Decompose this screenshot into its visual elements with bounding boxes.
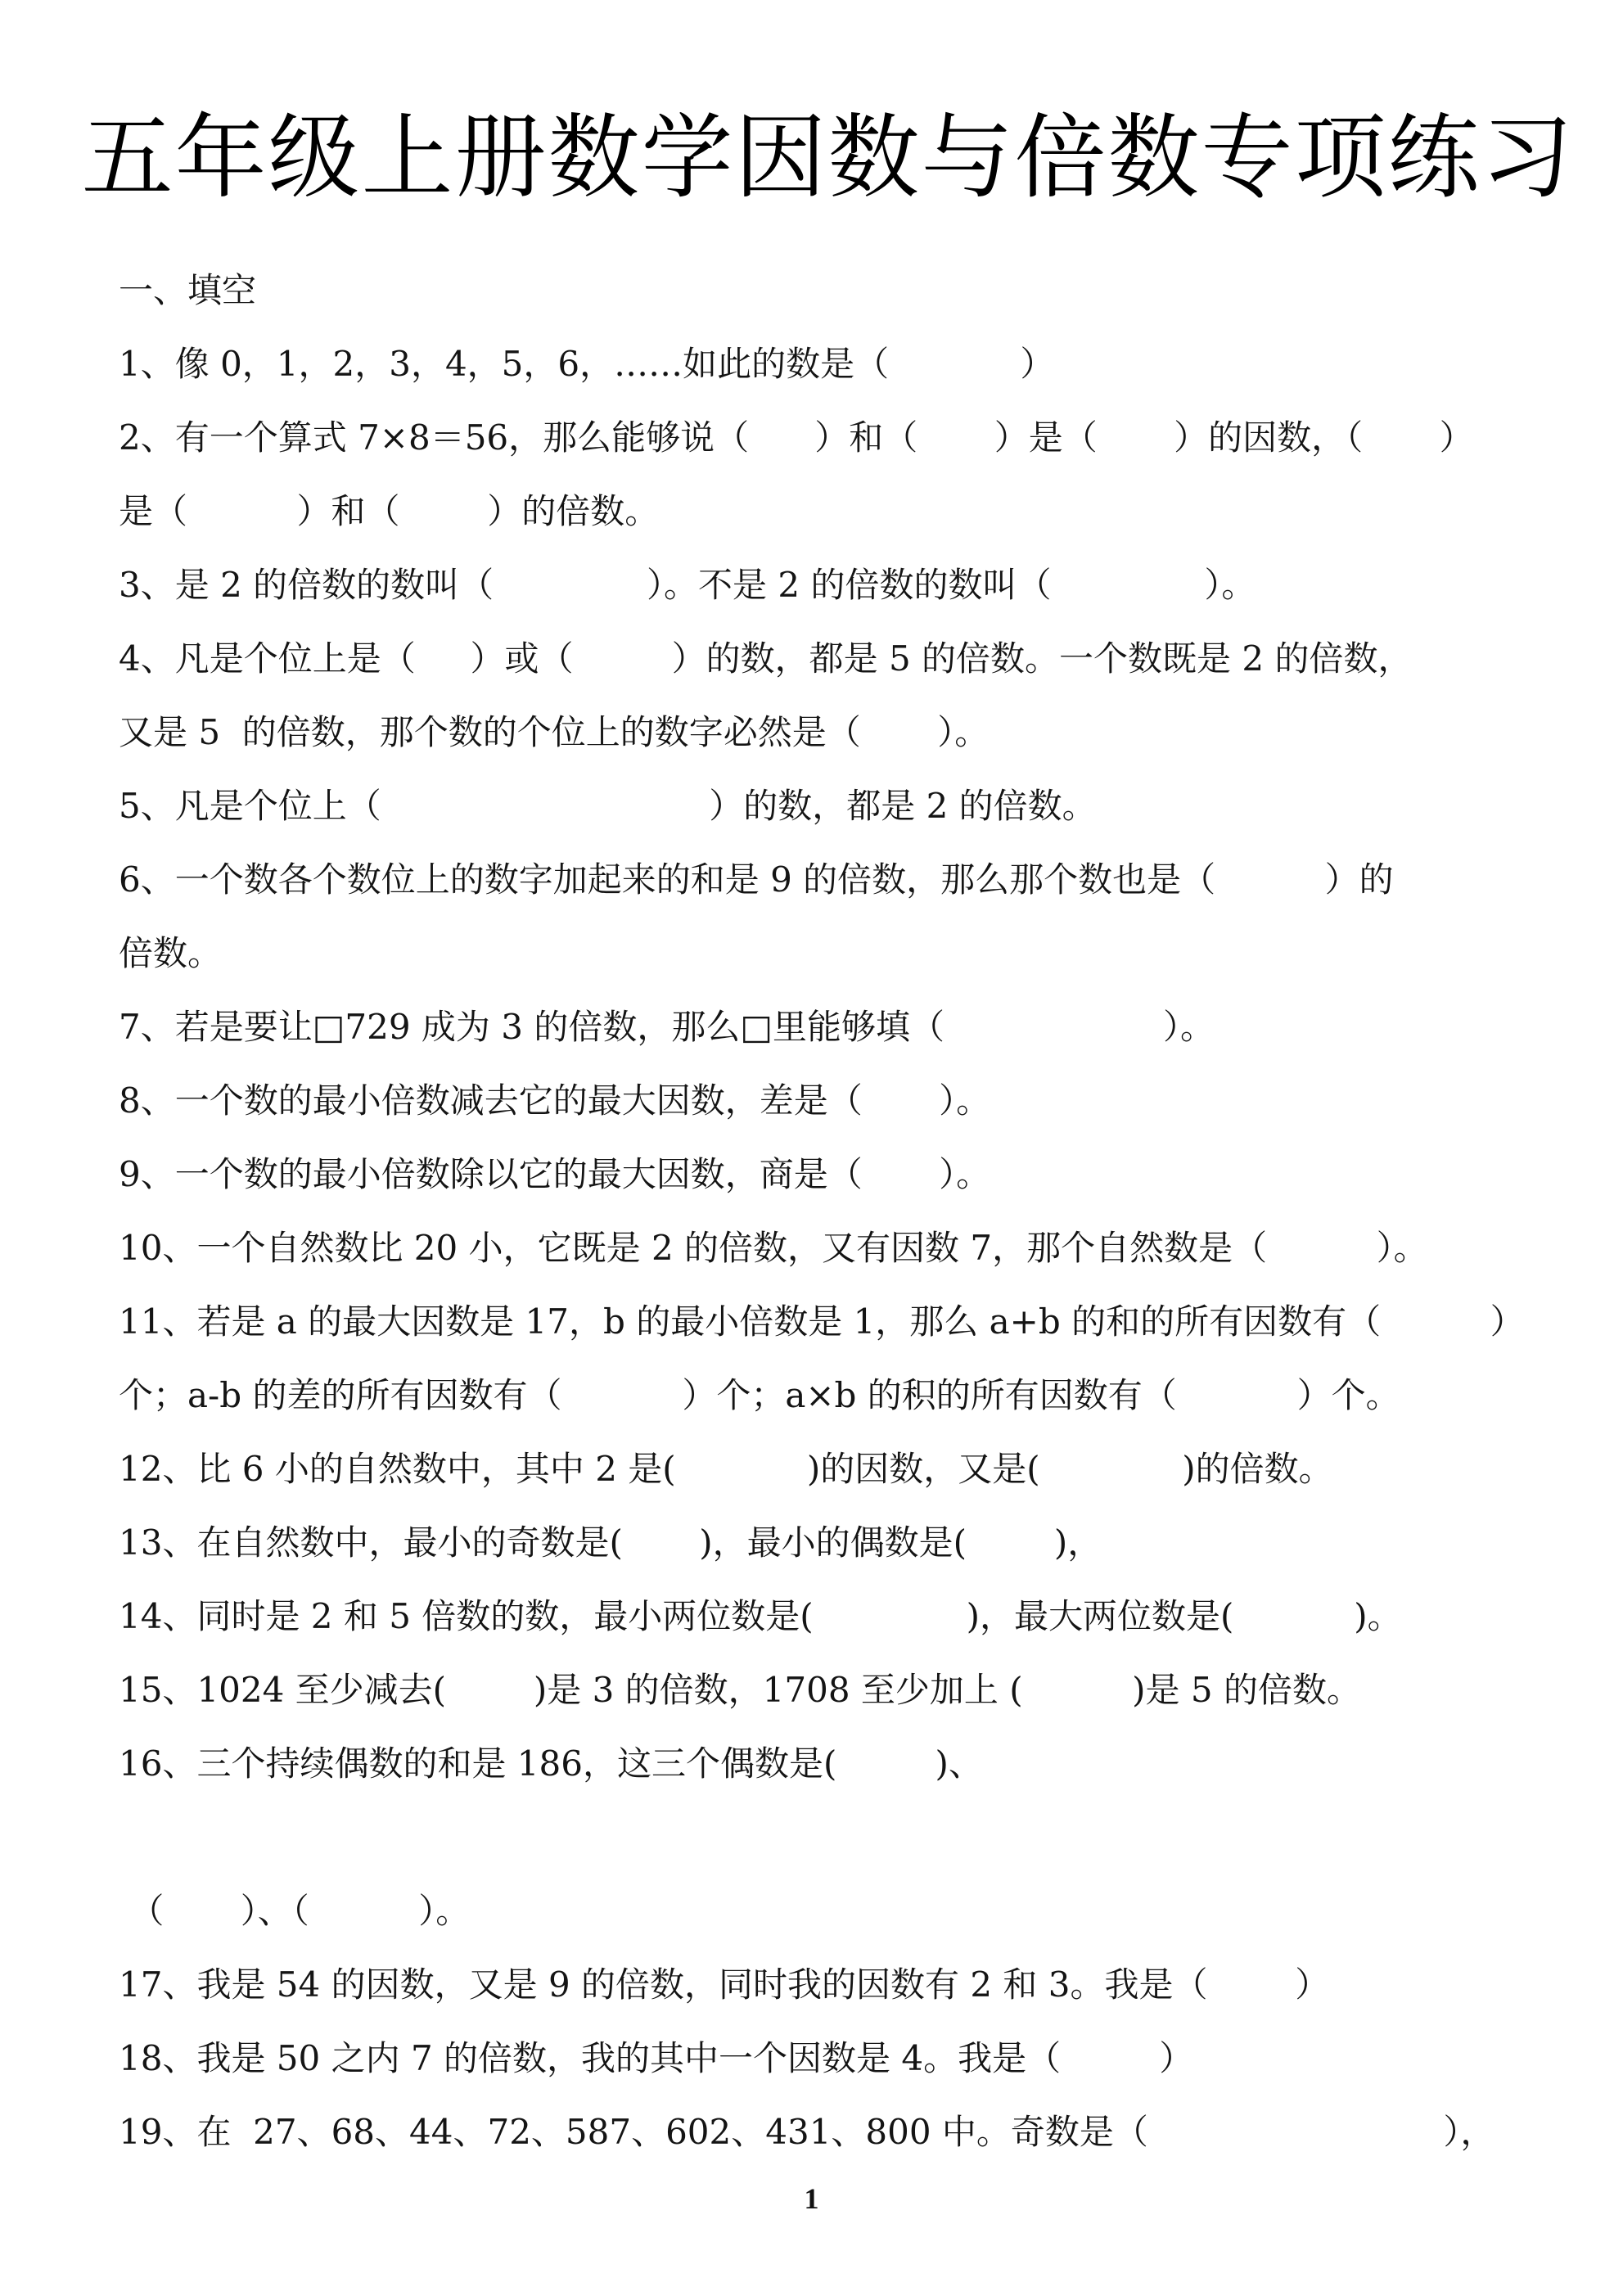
question-4-line-1: 4、凡是个位上是（ ）或（ ）的数，都是 5 的倍数。一个数既是 2 的倍数， <box>119 634 1412 683</box>
question-6-line-1: 6、一个数各个数位上的数字加起来的和是 9 的倍数，那么那个数也是（ ）的 <box>119 855 1394 904</box>
section-header-fill-in-blanks: 一、填空 <box>119 266 256 315</box>
question-16-line-2: （ ）、（ ）。 <box>119 1887 470 1936</box>
question-2-line-2: 是（ ）和（ ）的倍数。 <box>119 487 659 536</box>
question-9: 9、一个数的最小倍数除以它的最大因数，商是（ ）。 <box>119 1150 990 1199</box>
question-1: 1、像 0，1，2，3，4，5，6，……如此的数是（ ） <box>119 340 1054 389</box>
question-10: 10、一个自然数比 20 小，它既是 2 的倍数，又有因数 7，那个自然数是（ … <box>119 1224 1428 1273</box>
page-number: 1 <box>0 2181 1623 2216</box>
question-3: 3、是 2 的倍数的数叫（ ）。不是 2 的倍数的数叫（ ）。 <box>119 561 1256 610</box>
question-12: 12、比 6 小的自然数中，其中 2 是( )的因数，又是( )的倍数。 <box>119 1445 1333 1494</box>
question-6-line-2: 倍数。 <box>119 929 222 978</box>
question-17: 17、我是 54 的因数，又是 9 的倍数，同时我的因数有 2 和 3。我是（ … <box>119 1960 1329 2010</box>
question-11-line-2: 个；a-b 的差的所有因数有（ ）个；a×b 的积的所有因数有（ ）个。 <box>119 1371 1400 1420</box>
question-5: 5、凡是个位上（ ）的数，都是 2 的倍数。 <box>119 782 1097 831</box>
question-16-line-1: 16、三个持续偶数的和是 186，这三个偶数是( )、 <box>119 1739 983 1789</box>
question-7: 7、若是要让□729 成为 3 的倍数，那么□里能够填（ ）。 <box>119 1003 1215 1052</box>
question-14: 14、同时是 2 和 5 倍数的数，最小两位数是( )，最大两位数是( )。 <box>119 1592 1402 1641</box>
question-11-line-1: 11、若是 a 的最大因数是 17，b 的最小倍数是 1，那么 a+b 的和的所… <box>119 1297 1525 1346</box>
question-15: 15、1024 至少减去( )是 3 的倍数，1708 至少加上 ( )是 5 … <box>119 1666 1361 1715</box>
question-2-line-1: 2、有一个算式 7×8＝56，那么能够说（ ）和（ ）是（ ）的因数，（ ） <box>119 413 1474 462</box>
question-19: 19、在 27、68、44、72、587、602、431、800 中。奇数是（ … <box>119 2108 1495 2157</box>
question-4-line-2: 又是 5 的倍数，那个数的个位上的数字必然是（ ）。 <box>119 708 989 757</box>
question-8: 8、一个数的最小倍数减去它的最大因数，差是（ ）。 <box>119 1076 990 1125</box>
question-18: 18、我是 50 之内 7 的倍数，我的其中一个因数是 4。我是（ ） <box>119 2034 1193 2083</box>
question-13: 13、在自然数中，最小的奇数是( )，最小的偶数是( )， <box>119 1518 1102 1568</box>
page-title: 五年级上册数学因数与倍数专项练习 <box>0 97 1623 219</box>
